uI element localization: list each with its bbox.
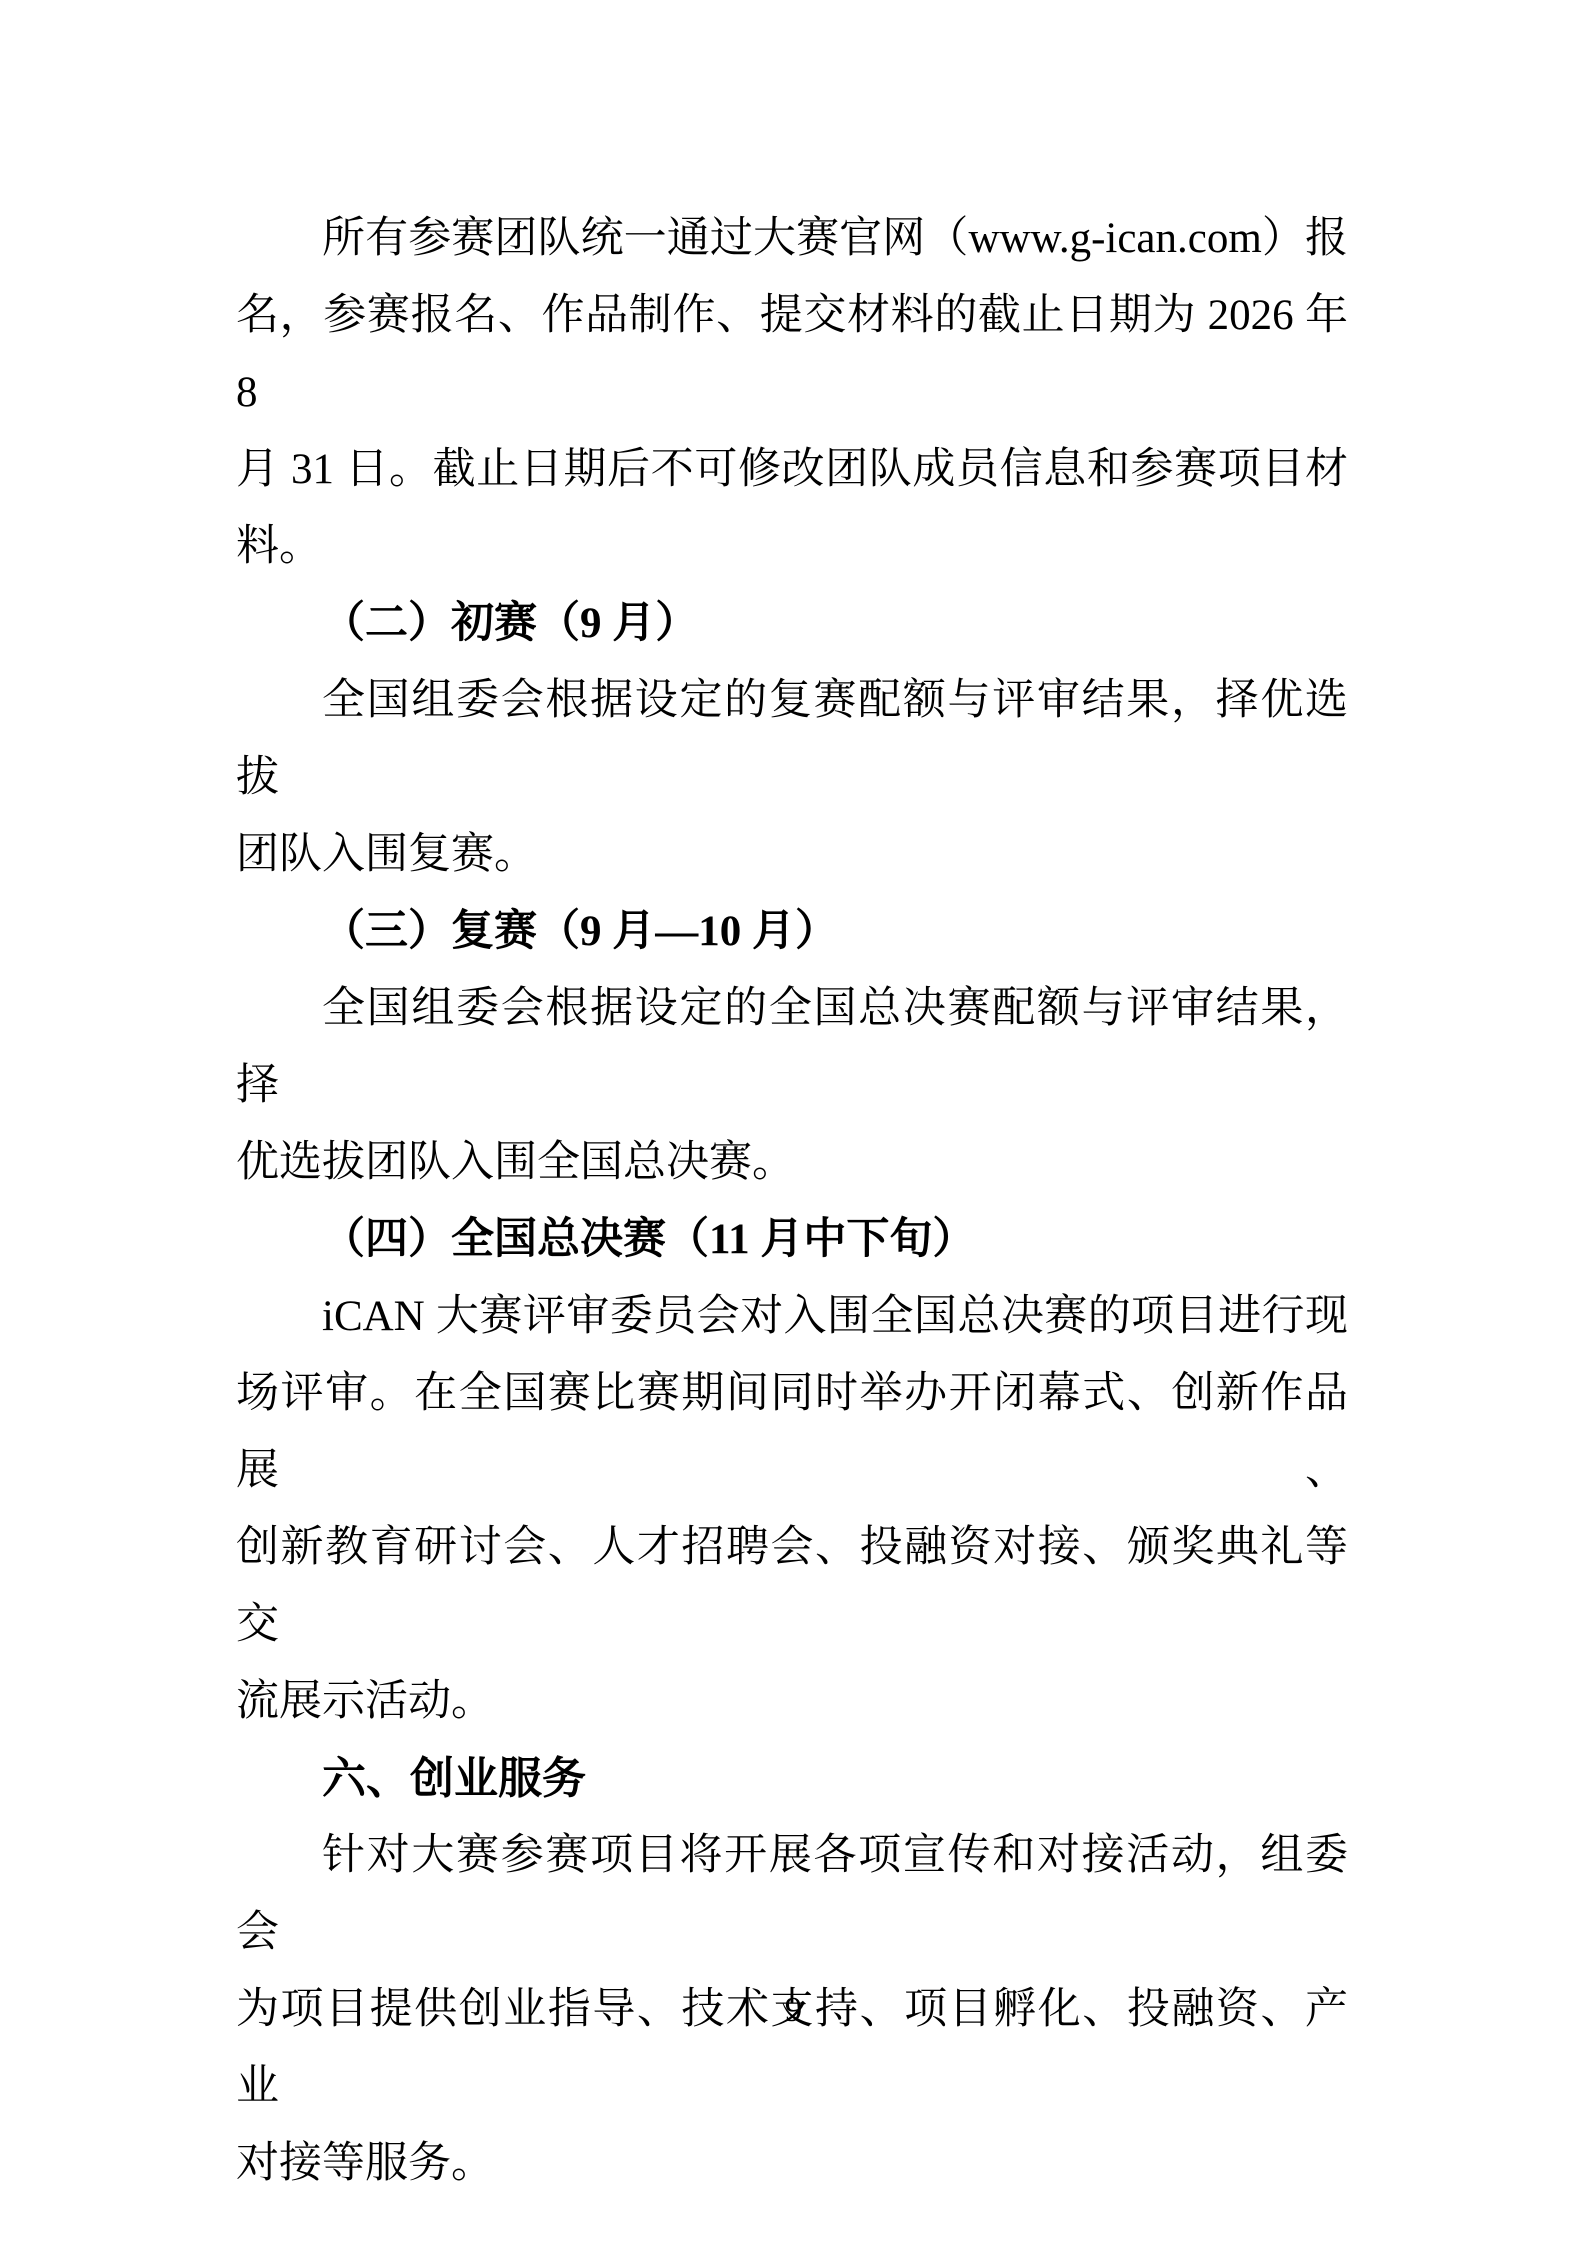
paragraph-line: 月 31 日。截止日期后不可修改团队成员信息和参赛项目材	[236, 431, 1348, 508]
paragraph-line: 优选拔团队入围全国总决赛。	[236, 1124, 1348, 1201]
paragraph-line: 名，参赛报名、作品制作、提交材料的截止日期为 2026 年 8	[236, 277, 1348, 431]
paragraph-line: 全国组委会根据设定的复赛配额与评审结果，择优选拔	[236, 662, 1348, 816]
section-heading-entrepreneurship-services: 六、创业服务	[236, 1740, 1348, 1817]
paragraph-line: 创新教育研讨会、人才招聘会、投融资对接、颁奖典礼等交	[236, 1509, 1348, 1663]
paragraph-line: 全国组委会根据设定的全国总决赛配额与评审结果，择	[236, 970, 1348, 1124]
section-heading-national-final: （四）全国总决赛（11 月中下旬）	[236, 1201, 1348, 1278]
section-heading-semifinal-round: （三）复赛（9 月—10 月）	[236, 893, 1348, 970]
page-footer: 9	[0, 1988, 1587, 2032]
paragraph-line: 团队入围复赛。	[236, 816, 1348, 893]
paragraph-line: 所有参赛团队统一通过大赛官网（www.g-ican.com）报	[236, 200, 1348, 277]
paragraph-line: 针对大赛参赛项目将开展各项宣传和对接活动，组委会	[236, 1817, 1348, 1971]
paragraph-line: 料。	[236, 508, 1348, 585]
page-number: 9	[785, 1990, 803, 2029]
document-page: 所有参赛团队统一通过大赛官网（www.g-ican.com）报 名，参赛报名、作…	[0, 0, 1587, 2245]
section-heading-preliminary-round: （二）初赛（9 月）	[236, 585, 1348, 662]
document-body: 所有参赛团队统一通过大赛官网（www.g-ican.com）报 名，参赛报名、作…	[236, 200, 1348, 2202]
paragraph-line: 场评审。在全国赛比赛期间同时举办开闭幕式、创新作品展、	[236, 1355, 1348, 1509]
paragraph-line: iCAN 大赛评审委员会对入围全国总决赛的项目进行现	[236, 1278, 1348, 1355]
paragraph-line: 流展示活动。	[236, 1663, 1348, 1740]
paragraph-line: 对接等服务。	[236, 2125, 1348, 2202]
